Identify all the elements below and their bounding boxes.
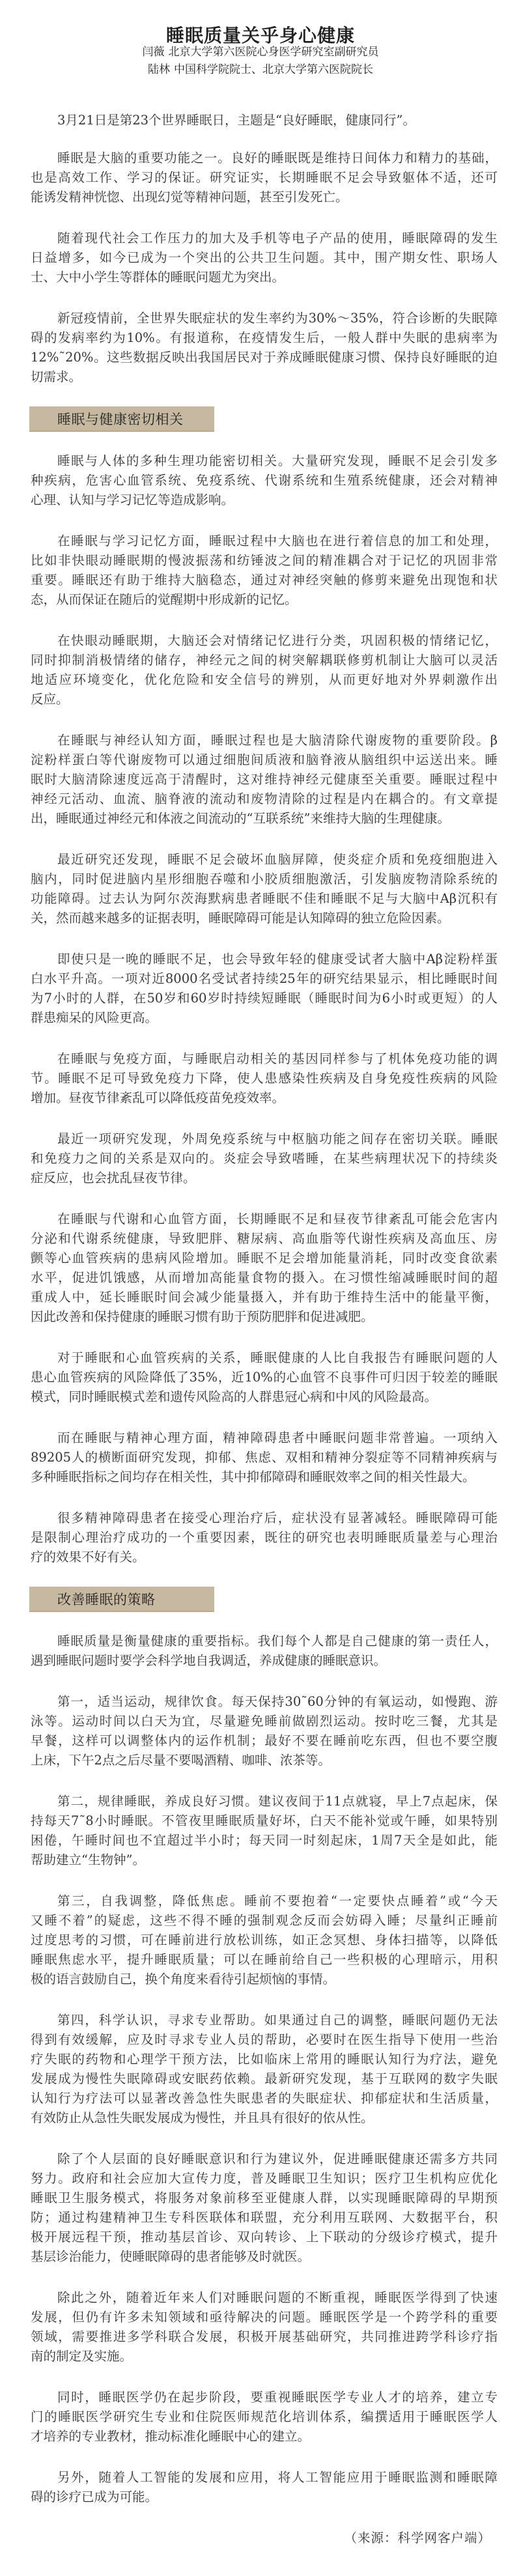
paragraph-line: 极的语言鼓励自己，换个角度来看待引起烦恼的事情。: [31, 1970, 498, 1989]
paragraph-line: 同时抑制消极情绪的储存，神经元之间的树突解耦联修剪机制让大脑可以灵活: [31, 651, 498, 670]
paragraph-line: 过度思考的习惯，可在睡前进行放松训练，如正念冥想、身体扫描等，以降低: [31, 1931, 498, 1950]
section-header-text: 改善睡眠的策略: [29, 1589, 156, 1609]
paragraph: 睡眠是大脑的重要功能之一。良好的睡眠既是维持日间体力和精力的基础，也是高效工作、…: [31, 149, 498, 207]
paragraph-line: 群患痴呆的风险更高。: [31, 1008, 498, 1028]
section-header-text: 睡眠与健康密切相关: [29, 409, 184, 429]
paragraph-line: 心理、认知与学习记忆等造成影响。: [31, 490, 498, 510]
paragraph-line: 地适应环境变化，优化危险和安全信号的辨别，从而更好地对外界刺激作出: [31, 670, 498, 690]
paragraph-line: 泳等。运动时间以白天为宜，尽量避免睡前做剧烈运动。按时吃三餐，尤其是: [31, 1712, 498, 1731]
paragraph: 在睡眠与学习记忆方面，睡眠过程中大脑也在进行着信息的加工和处理，比如非快眼动睡眠…: [31, 531, 498, 610]
paragraph-line: 最近一项研究发现，外周免疫系统与中枢脑功能之间存在密切关联。睡眠: [31, 1129, 498, 1149]
paragraph-line: 很多精神障碍患者在接受心理治疗后，症状没有显著减轻。睡眠障碍可能: [31, 1508, 498, 1528]
paragraph-line: 89205人的横断面研究发现，抑郁、焦虑、双相和精神分裂症等不同精神疾病与: [31, 1448, 498, 1467]
paragraph-line: 种疾病，危害心血管系统、免疫系统、代谢系统和生殖系统健康，还会对精神: [31, 471, 498, 490]
paragraph: 在睡眠与免疫方面，与睡眠启动相关的基因同样参与了机体免疫功能的调节。睡眠不足可导…: [31, 1049, 498, 1108]
paragraph-line: 在睡眠与免疫方面，与睡眠启动相关的基因同样参与了机体免疫功能的调: [31, 1049, 498, 1069]
author-line: 陆林中国科学院院士、北京大学第六医院院长: [0, 62, 521, 78]
paragraph-line: 患心血管疾病的风险降低了35%，近10%的心血管不良事件可归因于较差的睡眠: [31, 1368, 498, 1387]
paragraph: 随着现代社会工作压力的加大及手机等电子产品的使用，睡眠障碍的发生日益增多，如今已…: [31, 229, 498, 287]
paragraph-line: 为7小时的人群，在50岁和60岁时持续短睡眠（睡眠时间为6小时或更短）的人: [31, 989, 498, 1008]
paragraph-line: 新冠疫情前，全世界失眠症状的发生率约为30%～35%，符合诊断的失眠障: [31, 309, 498, 328]
paragraph-line: 有效防止从急性失眠发展成为慢性，并且具有很好的依从性。: [31, 2108, 498, 2128]
author-name: 闫薇: [143, 46, 165, 59]
paragraph: 第一，适当运动，规律饮食。每天保持30˜60分钟的有氧运动，如慢跑、游泳等。运动…: [31, 1692, 498, 1770]
paragraph-line: 脑内，同时促进脑内星形细胞吞噬和小胶质细胞激活，引发脑废物清除系统的: [31, 870, 498, 889]
paragraph-line: 模式，同时睡眠模式差和遗传风险高的人群患冠心病和中风的风险最高。: [31, 1387, 498, 1407]
paragraph: 同时，睡眠医学仍在起步阶段，要重视睡眠医学专业人才的培养，建立专门的睡眠医学研究…: [31, 2388, 498, 2446]
paragraph-line: 疗失眠的药物和心理学干预方法，比如临床上常用的睡眠认知行为疗法，避免: [31, 2050, 498, 2069]
paragraph-line: 最近研究还发现，睡眠不足会破坏血脑屏障，使炎症介质和免疫细胞进入: [31, 850, 498, 870]
paragraph-line: 神经元活动、血流、脑脊液的流动和废物清除的过程是内在耦合的。有文章提: [31, 789, 498, 809]
paragraph-line: 碍的发病率约为10%。有报道称，在疫情发生后，一般人群中失眠的患病率为: [31, 328, 498, 348]
paragraph-line: 比如非快眼动睡眠期的慢波振荡和纺锤波之间的精准耦合对于记忆的巩固非常: [31, 551, 498, 571]
paragraph: 第四，科学认识，寻求专业帮助。如果通过自己的调整，睡眠问题仍无法得到有效缓解，应…: [31, 2011, 498, 2128]
paragraph-line: 极开展远程干预，推动基层首诊、双向转诊、上下联动的分级诊疗模式，提升: [31, 2228, 498, 2247]
paragraph-line: 能诱发精神恍惚、出现幻觉等精神问题，甚至引发死亡。: [31, 188, 498, 207]
paragraph: 最近研究还发现，睡眠不足会破坏血脑屏障，使炎症介质和免疫细胞进入脑内，同时促进脑…: [31, 850, 498, 928]
paragraph-line: 门的睡眠医学研究生专业和住院医师规范化培训体系，编撰适用于睡眠医学人: [31, 2407, 498, 2427]
paragraph-line: 上床，下午2点之后尽量不要喝酒精、咖啡、浓茶等。: [31, 1751, 498, 1770]
paragraph-line: 困倦，午睡时间也不宜超过半小时；每天同一时刻起床，1周7天全是如此，能: [31, 1831, 498, 1850]
paragraph-line: 得到有效缓解，应及时寻求专业人员的帮助，必要时在医生指导下使用一些治: [31, 2030, 498, 2050]
paragraph: 在睡眠与代谢和心血管方面，长期睡眠不足和昼夜节律紊乱可能会危害内分泌和代谢系统健…: [31, 1210, 498, 1327]
paragraph-line: 领域，需要推进多学科联合发展，积极开展基础研究，共同推进跨学科诊疗指: [31, 2327, 498, 2347]
paragraph-line: 早餐，这样可以调整体内的运作机制；最好不要在睡前吃东西，但也不要空腹: [31, 1731, 498, 1751]
article-body: 3月21日是第23个世界睡眠日，主题是“良好睡眠，健康同行”。睡眠是大脑的重要功…: [31, 111, 498, 2548]
paragraph-line: 水平，促进饥饿感，从而增加高能量食物的摄入。在习惯性缩减睡眠时间的超: [31, 1268, 498, 1288]
paragraph-line: 发展成为慢性失眠障碍或安眠药依赖。最新研究发现，基于互联网的数字失眠: [31, 2069, 498, 2089]
paragraph-line: 功能障碍。过去认为阿尔茨海默病患者睡眠不佳和睡眠不足与大脑中Aβ沉积有: [31, 889, 498, 909]
paragraph-line: 而在睡眠与精神心理方面，精神障碍患者中睡眠问题非常普遍。一项纳入: [31, 1428, 498, 1448]
paragraph-line: 即使只是一晚的睡眠不足，也会导致年轻的健康受试者大脑中Aβ淀粉样蛋: [31, 950, 498, 969]
paragraph-line: 第一，适当运动，规律饮食。每天保持30˜60分钟的有氧运动，如慢跑、游: [31, 1692, 498, 1712]
paragraph-line: 碍的诊疗已成为可能。: [31, 2487, 498, 2507]
paragraph-line: 节。睡眠不足可导致免疫力下降，使人患感染性疾病及自身免疫性疾病的风险: [31, 1069, 498, 1088]
paragraph-line: 因此改善和保持健康的睡眠习惯有助于预防肥胖和促进减肥。: [31, 1307, 498, 1327]
paragraph-line: 随着现代社会工作压力的加大及手机等电子产品的使用，睡眠障碍的发生: [31, 229, 498, 248]
paragraph-line: 士、大中小学生等群体的睡眠问题尤为突出。: [31, 268, 498, 287]
paragraph-line: 认知行为疗法可以显著改善急性失眠患者的失眠症状、抑郁症状和生活质量，: [31, 2089, 498, 2108]
paragraph: 除此之外，随着近年来人们对睡眠问题的不断重视，睡眠医学得到了快速发展，但仍有许多…: [31, 2288, 498, 2366]
paragraph-line: 第二，规律睡眠，养成良好习惯。建议夜间于11点就寝，早上7点起床，保: [31, 1792, 498, 1811]
paragraph-line: 多种睡眠指标之间均存在相关性，其中抑郁障碍和睡眠效率之间的相关性最大。: [31, 1467, 498, 1487]
paragraph-line: 在快眼动睡眠期，大脑还会对情绪记忆进行分类，巩固积极的情绪记忆，: [31, 631, 498, 651]
paragraph-line: 日益增多，如今已成为一个突出的公共卫生问题。其中，围产期女性、职场人: [31, 248, 498, 268]
paragraph-line: 同时，睡眠医学仍在起步阶段，要重视睡眠医学专业人才的培养，建立专: [31, 2388, 498, 2407]
paragraph-line: 在睡眠与代谢和心血管方面，长期睡眠不足和昼夜节律紊乱可能会危害内: [31, 1210, 498, 1229]
source-credit: （来源：科学网客户端）: [31, 2528, 498, 2548]
paragraph-line: 防；通过构建精神卫生专科医联体和联盟，充分利用互联网、大数据平台，积: [31, 2208, 498, 2228]
paragraph: 对于睡眠和心血管疾病的关系，睡眠健康的人比自我报告有睡眠问题的人患心血管疾病的风…: [31, 1348, 498, 1407]
paragraph: 第三，自我调整，降低焦虑。睡前不要抱着“一定要快点睡着”或“今天又睡不着”的疑虑…: [31, 1891, 498, 1989]
paragraph-line: 切需求。: [31, 367, 498, 387]
paragraph-line: 12%˜20%。这些数据反映出我国居民对于养成睡眠健康习惯、保持良好睡眠的迫: [31, 348, 498, 367]
paragraph-line: 对于睡眠和心血管疾病的关系，睡眠健康的人比自我报告有睡眠问题的人: [31, 1348, 498, 1368]
paragraph-line: 症反应，也会扰乱昼夜节律。: [31, 1168, 498, 1188]
paragraph-line: 帮助建立“生物钟”。: [31, 1850, 498, 1870]
paragraph-line: 出，睡眠通过神经元和体液之间流动的“互联系统”来维持大脑的生理健康。: [31, 809, 498, 828]
paragraph-line: 睡眠焦虑水平，提升睡眠质量；可以在睡前给自己一些积极的心理暗示，用积: [31, 1950, 498, 1970]
paragraph-line: 和免疫力之间的关系是双向的。炎症会导致嗜睡，在某些病理状况下的持续炎: [31, 1149, 498, 1168]
paragraph-line: 睡眠与人体的多种生理功能密切相关。大量研究发现，睡眠不足会引发多: [31, 451, 498, 471]
paragraph-line: 在睡眠与学习记忆方面，睡眠过程中大脑也在进行着信息的加工和处理，: [31, 531, 498, 551]
paragraph-line: 增加。昼夜节律紊乱可以降低疫苗免疫效率。: [31, 1088, 498, 1108]
paragraph-line: 除了个人层面的良好睡眠意识和行为建议外，促进睡眠健康还需多方共同: [31, 2149, 498, 2169]
paragraph-line: 第四，科学认识，寻求专业帮助。如果通过自己的调整，睡眠问题仍无法: [31, 2011, 498, 2030]
paragraph-line: 态，从而保证在随后的觉醒期中形成新的记忆。: [31, 590, 498, 610]
paragraph: 在睡眠与神经认知方面，睡眠过程也是大脑清除代谢废物的重要阶段。β淀粉样蛋白等代谢…: [31, 731, 498, 828]
paragraph-line: 睡眠质量是衡量健康的重要指标。我们每个人都是自己健康的第一责任人，: [31, 1632, 498, 1651]
paragraph-line: 淀粉样蛋白等代谢废物可以通过细胞间质液和脑脊液从脑组织中运送出来。睡: [31, 750, 498, 770]
author-name: 陆林: [148, 63, 170, 76]
paragraph: 睡眠质量是衡量健康的重要指标。我们每个人都是自己健康的第一责任人，遇到睡眠问题时…: [31, 1632, 498, 1671]
paragraph-line: 又睡不着”的疑虑，这些不得不睡的强制观念反而会妨碍入睡；尽量纠正睡前: [31, 1911, 498, 1931]
paragraph: 即使只是一晚的睡眠不足，也会导致年轻的健康受试者大脑中Aβ淀粉样蛋白水平升高。一…: [31, 950, 498, 1028]
paragraph-line: 重要。睡眠还有助于维持大脑稳态，通过对神经突触的修剪来避免出现饱和状: [31, 571, 498, 590]
paragraph-line: 持每天7˜8小时睡眠。不管夜里睡眠质量好坏，白天不能补觉或午睡，如果特别: [31, 1811, 498, 1831]
author-affiliation: 中国科学院院士、北京大学第六医院院长: [174, 63, 373, 76]
paragraph-line: 3月21日是第23个世界睡眠日，主题是“良好睡眠，健康同行”。: [31, 111, 498, 130]
paragraph: 另外，随着人工智能的发展和应用，将人工智能应用于睡眠监测和睡眠障碍的诊疗已成为可…: [31, 2468, 498, 2507]
paragraph-line: 重成人中，延长睡眠时间会减少能量摄入，并有助于维持生活中的能量平衡，: [31, 1288, 498, 1307]
paragraph-line: 发展，但仍有许多未知领域和亟待解决的问题。睡眠医学是一个跨学科的重要: [31, 2308, 498, 2327]
paragraph-line: 除此之外，随着近年来人们对睡眠问题的不断重视，睡眠医学得到了快速: [31, 2288, 498, 2308]
paragraph: 最近一项研究发现，外周免疫系统与中枢脑功能之间存在密切关联。睡眠和免疫力之间的关…: [31, 1129, 498, 1188]
paragraph-line: 是限制心理治疗成功的一个重要因素，既往的研究也表明睡眠质量差与心理治: [31, 1528, 498, 1548]
paragraph-line: 另外，随着人工智能的发展和应用，将人工智能应用于睡眠监测和睡眠障: [31, 2468, 498, 2487]
paragraph: 在快眼动睡眠期，大脑还会对情绪记忆进行分类，巩固积极的情绪记忆，同时抑制消极情绪…: [31, 631, 498, 709]
paragraph: 3月21日是第23个世界睡眠日，主题是“良好睡眠，健康同行”。: [31, 111, 498, 130]
paragraph-line: 白水平升高。一项对近8000名受试者持续25年的研究结果显示，相比睡眠时间: [31, 969, 498, 989]
paragraph-line: 反应。: [31, 690, 498, 709]
paragraph-line: 才培养的专业教材，推动标准化睡眠中心的建立。: [31, 2427, 498, 2446]
paragraph: 除了个人层面的良好睡眠意识和行为建议外，促进睡眠健康还需多方共同努力。政府和社会…: [31, 2149, 498, 2267]
paragraph-line: 第三，自我调整，降低焦虑。睡前不要抱着“一定要快点睡着”或“今天: [31, 1891, 498, 1911]
paragraph-line: 在睡眠与神经认知方面，睡眠过程也是大脑清除代谢废物的重要阶段。β: [31, 731, 498, 750]
paragraph: 很多精神障碍患者在接受心理治疗后，症状没有显著减轻。睡眠障碍可能是限制心理治疗成…: [31, 1508, 498, 1567]
paragraph-line: 南的制定及实施。: [31, 2347, 498, 2366]
paragraph: 而在睡眠与精神心理方面，精神障碍患者中睡眠问题非常普遍。一项纳入89205人的横…: [31, 1428, 498, 1487]
paragraph-line: 疗的效果不好有关。: [31, 1548, 498, 1567]
paragraph-line: 睡眠是大脑的重要功能之一。良好的睡眠既是维持日间体力和精力的基础，: [31, 149, 498, 168]
paragraph-line: 关，然而越来越多的证据表明，睡眠障碍可能是认知障碍的独立危险因素。: [31, 909, 498, 928]
paragraph-line: 遇到睡眠问题时要学会科学地自我调适，养成健康的睡眠意识。: [31, 1651, 498, 1671]
paragraph-line: 努力。政府和社会应加大宣传力度，普及睡眠卫生知识；医疗卫生机构应优化: [31, 2169, 498, 2188]
paragraph: 睡眠与人体的多种生理功能密切相关。大量研究发现，睡眠不足会引发多种疾病，危害心血…: [31, 451, 498, 510]
paragraph-line: 基层诊治能力，使睡眠障碍的患者能够及时就医。: [31, 2247, 498, 2267]
paragraph: 新冠疫情前，全世界失眠症状的发生率约为30%～35%，符合诊断的失眠障碍的发病率…: [31, 309, 498, 387]
paragraph-line: 睡眠卫生服务模式，将服务对象前移至亚健康人群，以实现睡眠障碍的早期预: [31, 2188, 498, 2208]
section-header: 改善睡眠的策略: [29, 1587, 214, 1612]
paragraph-line: 分泌和代谢系统健康，导致肥胖、糖尿病、高血脂等代谢性疾病及高血压、房: [31, 1229, 498, 1249]
paragraph-line: 眠时大脑清除速度远高于清醒时，这对维持神经元健康至关重要。睡眠过程中: [31, 770, 498, 789]
section-header: 睡眠与健康密切相关: [29, 406, 214, 432]
paragraph-line: 也是高效工作、学习的保证。研究证实，长期睡眠不足会导致躯体不适，还可: [31, 168, 498, 188]
author-line: 闫薇北京大学第六医院心身医学研究室副研究员: [0, 44, 521, 60]
author-affiliation: 北京大学第六医院心身医学研究室副研究员: [169, 46, 379, 59]
paragraph-line: 颤等心血管疾病的患病风险增加。睡眠不足会增加能量消耗，同时改变食欲素: [31, 1249, 498, 1268]
paragraph: 第二，规律睡眠，养成良好习惯。建议夜间于11点就寝，早上7点起床，保持每天7˜8…: [31, 1792, 498, 1870]
